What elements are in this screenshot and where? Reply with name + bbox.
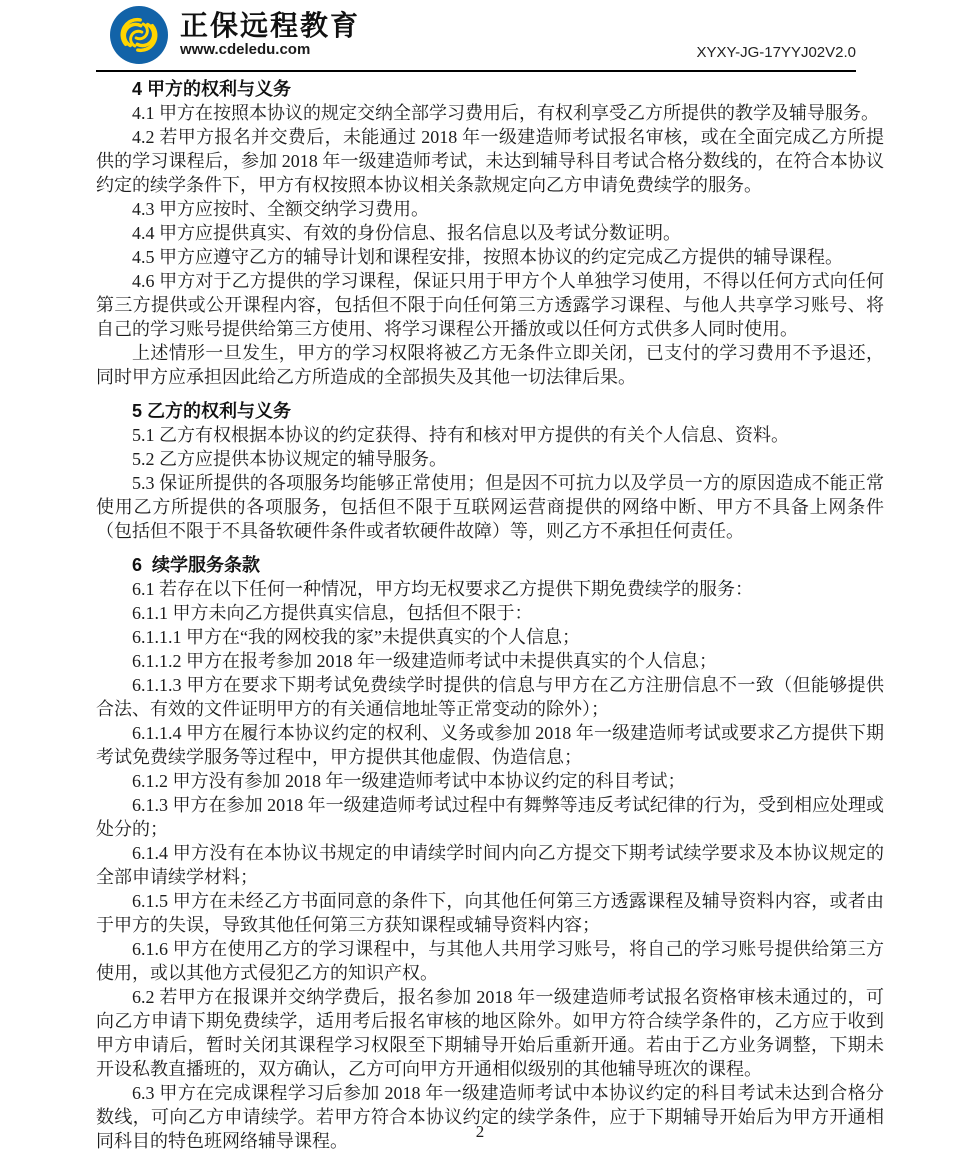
paragraph: 6.1.2 甲方没有参加 2018 年一级建造师考试中本协议约定的科目考试； [96, 769, 884, 793]
paragraph: 5.2 乙方应提供本协议规定的辅导服务。 [96, 447, 884, 471]
page-number: 2 [0, 1122, 960, 1142]
paragraph: 6.1.1.3 甲方在要求下期考试免费续学时提供的信息与甲方在乙方注册信息不一致… [96, 673, 884, 721]
brand-website: www.cdeledu.com [180, 41, 360, 59]
paragraph: 6.1.4 甲方没有在本协议书规定的申请续学时间内向乙方提交下期考试续学要求及本… [96, 841, 884, 889]
paragraph: 6.1.1 甲方未向乙方提供真实信息，包括但不限于： [96, 601, 884, 625]
paragraph: 上述情形一旦发生，甲方的学习权限将被乙方无条件立即关闭，已支付的学习费用不予退还… [96, 341, 884, 389]
paragraph: 6.1.1.4 甲方在履行本协议约定的权利、义务或参加 2018 年一级建造师考… [96, 721, 884, 769]
header-divider [96, 70, 856, 72]
contract-page: 正保远程教育 www.cdeledu.com XYXY-JG-17YYJ02V2… [0, 0, 960, 1165]
brand-name: 正保远程教育 [180, 11, 360, 41]
paragraph: 5.3 保证所提供的各项服务均能够正常使用；但是因不可抗力以及学员一方的原因造成… [96, 471, 884, 543]
paragraph: 4.6 甲方对于乙方提供的学习课程，保证只用于甲方个人单独学习使用，不得以任何方… [96, 269, 884, 341]
paragraph: 6.1.6 甲方在使用乙方的学习课程中，与其他人共用学习账号，将自己的学习账号提… [96, 937, 884, 985]
paragraph: 4.3 甲方应按时、全额交纳学习费用。 [96, 197, 884, 221]
cdel-logo-icon [110, 6, 168, 64]
paragraph: 4.2 若甲方报名并交费后，未能通过 2018 年一级建造师考试报名审核，或在全… [96, 125, 884, 197]
paragraph: 6.1 若存在以下任何一种情况，甲方均无权要求乙方提供下期免费续学的服务： [96, 577, 884, 601]
paragraph: 6.3 甲方在完成课程学习后参加 2018 年一级建造师考试中本协议约定的科目考… [96, 1081, 884, 1153]
paragraph: 6.2 若甲方在报课并交纳学费后，报名参加 2018 年一级建造师考试报名资格审… [96, 985, 884, 1081]
section-heading: 5 乙方的权利与义务 [96, 399, 884, 423]
brand-block: 正保远程教育 www.cdeledu.com [180, 11, 360, 59]
paragraph: 6.1.5 甲方在未经乙方书面同意的条件下，向其他任何第三方透露课程及辅导资料内… [96, 889, 884, 937]
document-body: 4 甲方的权利与义务4.1 甲方在按照本协议的规定交纳全部学习费用后，有权利享受… [96, 77, 884, 1153]
document-code: XYXY-JG-17YYJ02V2.0 [696, 44, 856, 61]
section-heading: 4 甲方的权利与义务 [96, 77, 884, 101]
paragraph: 6.1.1.2 甲方在报考参加 2018 年一级建造师考试中未提供真实的个人信息… [96, 649, 884, 673]
paragraph: 4.1 甲方在按照本协议的规定交纳全部学习费用后，有权利享受乙方所提供的教学及辅… [96, 101, 884, 125]
paragraph: 6.1.1.1 甲方在“我的网校我的家”未提供真实的个人信息； [96, 625, 884, 649]
paragraph: 4.4 甲方应提供真实、有效的身份信息、报名信息以及考试分数证明。 [96, 221, 884, 245]
paragraph: 5.1 乙方有权根据本协议的约定获得、持有和核对甲方提供的有关个人信息、资料。 [96, 423, 884, 447]
section-heading: 6 续学服务条款 [96, 553, 884, 577]
paragraph: 6.1.3 甲方在参加 2018 年一级建造师考试过程中有舞弊等违反考试纪律的行… [96, 793, 884, 841]
paragraph: 4.5 甲方应遵守乙方的辅导计划和课程安排，按照本协议的约定完成乙方提供的辅导课… [96, 245, 884, 269]
page-header: 正保远程教育 www.cdeledu.com [110, 6, 360, 64]
